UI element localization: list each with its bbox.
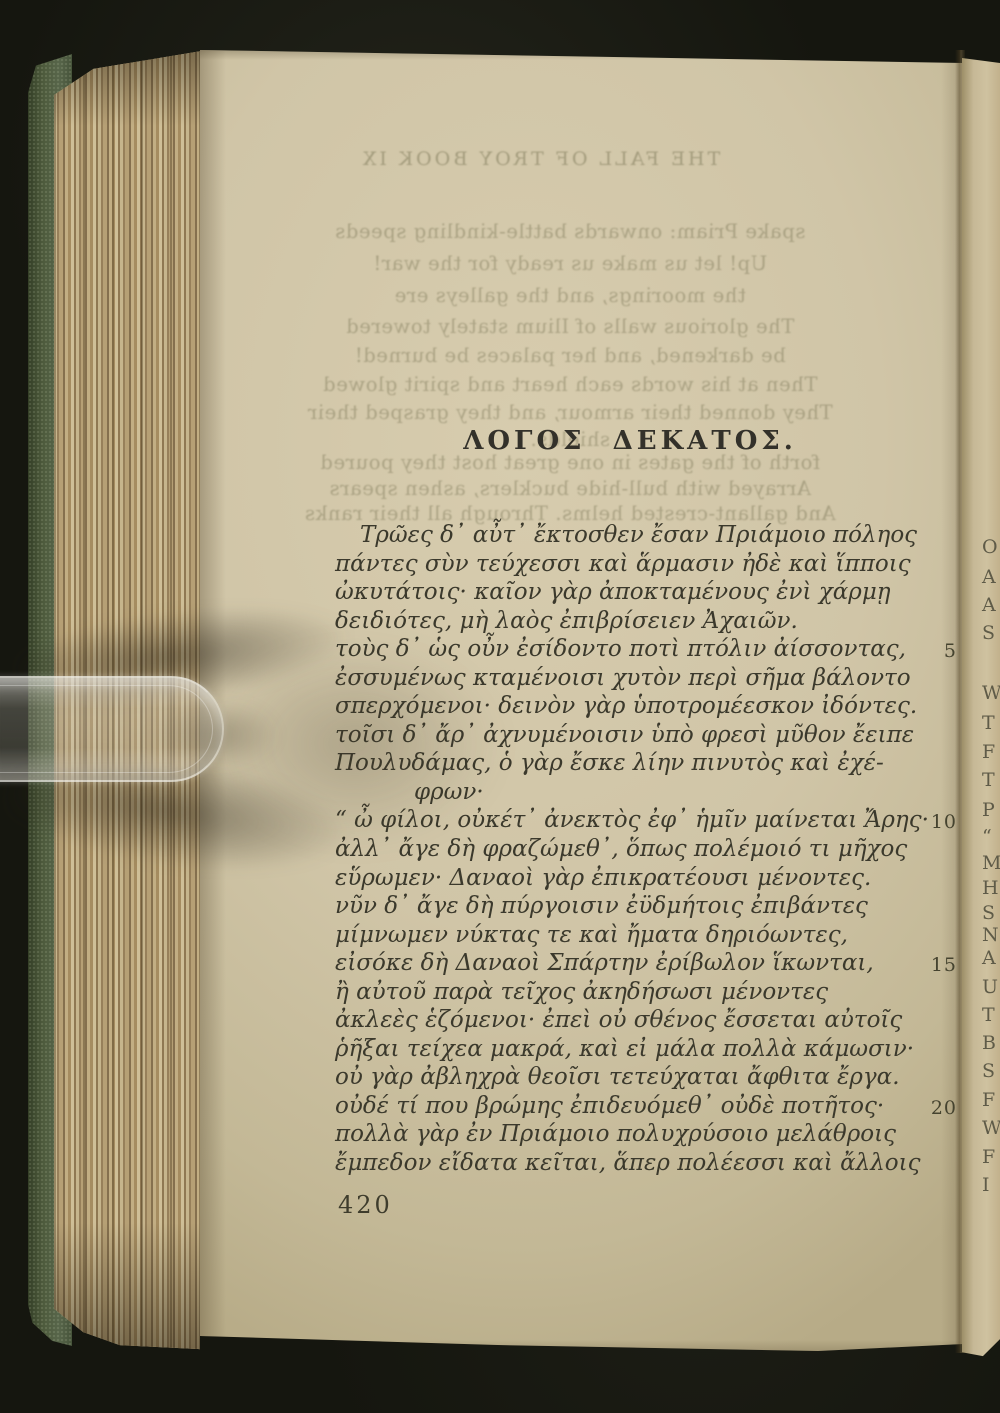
verse-line: οὐ γὰρ ἀβληχρὰ θεοῖσι τετεύχαται ἄφθιτα …	[335, 1063, 957, 1092]
edge-letter: F	[982, 741, 995, 763]
edge-letter: M	[982, 852, 1000, 874]
verse-line: δειδιότες, μὴ λαὸς ἐπιβρίσειεν Ἀχαιῶν.	[335, 607, 957, 636]
verse-line: εὕρωμεν· Δαναοὶ γὰρ ἐπικρατέουσι μένοντε…	[335, 864, 957, 893]
edge-letter: A	[982, 566, 996, 588]
edge-letter: O	[982, 536, 998, 558]
verse-line-text: ἀκλεὲς ἑζόμενοι· ἐπεὶ οὐ σθένος ἔσσεται …	[335, 1007, 902, 1033]
verse-line-text: δειδιότες, μὴ λαὸς ἐπιβρίσειεν Ἀχαιῶν.	[335, 608, 798, 634]
edge-letter: S	[982, 1060, 995, 1082]
verse-line: εἰσόκε δὴ Δαναοὶ Σπάρτην ἐρίβωλον ἵκωντα…	[335, 949, 957, 978]
verse-line: ῥῆξαι τείχεα μακρά, καὶ εἰ μάλα πολλὰ κά…	[335, 1035, 957, 1064]
verse-line-text: οὐ γὰρ ἀβληχρὰ θεοῖσι τετεύχαται ἄφθιτα …	[335, 1064, 900, 1090]
edge-letter: A	[982, 594, 996, 616]
edge-letter: W	[982, 682, 1000, 704]
verse-line: οὐδέ τί που βρώμης ἐπιδευόμεθ᾽ οὐδὲ ποτῆ…	[335, 1092, 957, 1121]
page-holder-strip	[0, 676, 224, 782]
verse-line: ἀκλεὲς ἑζόμενοι· ἐπεὶ οὐ σθένος ἔσσεται …	[335, 1006, 957, 1035]
verse-line-text: ὠκυτάτοις· καῖον γὰρ ἀποκταμένους ἐνὶ χά…	[335, 579, 891, 605]
verse-line: μίμνωμεν νύκτας τε καὶ ἤματα δηριόωντες,	[335, 921, 957, 950]
line-number: 15	[931, 951, 957, 980]
verse-line-text: οὐδέ τί που βρώμης ἐπιδευόμεθ᾽ οὐδὲ ποτῆ…	[335, 1093, 884, 1119]
ghost-text-line: the moorings, and the galleys ere	[280, 284, 860, 307]
edge-letter: I	[982, 1174, 990, 1196]
verse-line: ἔμπεδον εἴδατα κεῖται, ἅπερ πολέεσσι καὶ…	[335, 1149, 957, 1178]
ghost-text-header: THE FALL OF TROY BOOK IX	[260, 148, 820, 170]
verse-line-text: μίμνωμεν νύκτας τε καὶ ἤματα δηριόωντες,	[335, 922, 848, 948]
verse-line: ὠκυτάτοις· καῖον γὰρ ἀποκταμένους ἐνὶ χά…	[335, 578, 957, 607]
chapter-title: ΛΟΓΟΣ ΔΕΚΑΤΟΣ.	[335, 426, 925, 456]
ghost-text-line: spake Priam: onwards battle-kindling spe…	[280, 220, 860, 243]
verse-line-text: Τρῶες δ᾽ αὖτ᾽ ἔκτοσθεν ἔσαν Πριάμοιο πόλ…	[360, 522, 917, 548]
edge-letter: U	[982, 976, 998, 998]
verse-line-text: ῥῆξαι τείχεα μακρά, καὶ εἰ μάλα πολλὰ κά…	[335, 1036, 914, 1062]
line-number: 20	[931, 1094, 957, 1123]
ghost-text-line: Arrayed with bull-hide bucklers, ashen s…	[280, 477, 860, 500]
line-number: 10	[931, 808, 957, 837]
edge-letter: F	[982, 1089, 995, 1111]
verse-line: πάντες σὺν τεύχεσσι καὶ ἅρμασιν ἠδὲ καὶ …	[335, 550, 957, 579]
edge-letter: H	[982, 877, 999, 899]
edge-letter: F	[982, 1146, 995, 1168]
verse-line: πολλὰ γὰρ ἐν Πριάμοιο πολυχρύσοιο μελάθρ…	[335, 1120, 957, 1149]
verse-line: ἢ αὐτοῦ παρὰ τεῖχος ἀκηδήσωσι μένοντες	[335, 978, 957, 1007]
verse-line-text: νῦν δ᾽ ἄγε δὴ πύργοισιν ἐϋδμήτοις ἐπιβάν…	[335, 893, 868, 919]
ghost-text-line: They donned their armour, and they grasp…	[280, 401, 860, 424]
edge-letter: P	[982, 799, 995, 821]
edge-letter: B	[982, 1032, 996, 1054]
edge-letter: S	[982, 902, 995, 924]
ghost-text-line: Then at his words each heart and spirit …	[280, 373, 860, 396]
edge-letter: T	[982, 769, 995, 791]
ghost-text-line: The glorious walls of Ilium stately towe…	[280, 315, 860, 338]
page-number: 420	[338, 1191, 393, 1219]
edge-letter: N	[982, 924, 999, 946]
verse-line-text: εἰσόκε δὴ Δαναοὶ Σπάρτην ἐρίβωλον ἵκωντα…	[335, 950, 874, 976]
verse-line-text: πολλὰ γὰρ ἐν Πριάμοιο πολυχρύσοιο μελάθρ…	[335, 1121, 896, 1147]
edge-letter: S	[982, 622, 995, 644]
ghost-text-line: be darkened, and her palaces be burned!	[280, 344, 860, 367]
edge-letter: W	[982, 1117, 1000, 1139]
verse-line: νῦν δ᾽ ἄγε δὴ πύργοισιν ἐϋδμήτοις ἐπιβάν…	[335, 892, 957, 921]
verse-line-text: εὕρωμεν· Δαναοὶ γὰρ ἐπικρατέουσι μένοντε…	[335, 865, 871, 891]
verse-line-text: πάντες σὺν τεύχεσσι καὶ ἅρμασιν ἠδὲ καὶ …	[335, 551, 911, 577]
facing-page-edge: OAASWTFTP“MHSNAUTBSFWFI	[962, 58, 1000, 1360]
verse-line-text: ἔμπεδον εἴδατα κεῖται, ἅπερ πολέεσσι καὶ…	[335, 1150, 921, 1176]
edge-letter: T	[982, 712, 995, 734]
ghost-text-line: Up! let us make us ready for the war!	[280, 252, 860, 275]
verse-line: Τρῶες δ᾽ αὖτ᾽ ἔκτοσθεν ἔσαν Πριάμοιο πόλ…	[335, 521, 957, 550]
verse-line-text: ἢ αὐτοῦ παρὰ τεῖχος ἀκηδήσωσι μένοντες	[335, 979, 828, 1005]
edge-letter: A	[982, 947, 996, 969]
edge-letter: “	[982, 826, 992, 848]
book-photo-scene: THE FALL OF TROY BOOK IX spake Priam: on…	[0, 0, 1000, 1413]
edge-letter: T	[982, 1004, 995, 1026]
